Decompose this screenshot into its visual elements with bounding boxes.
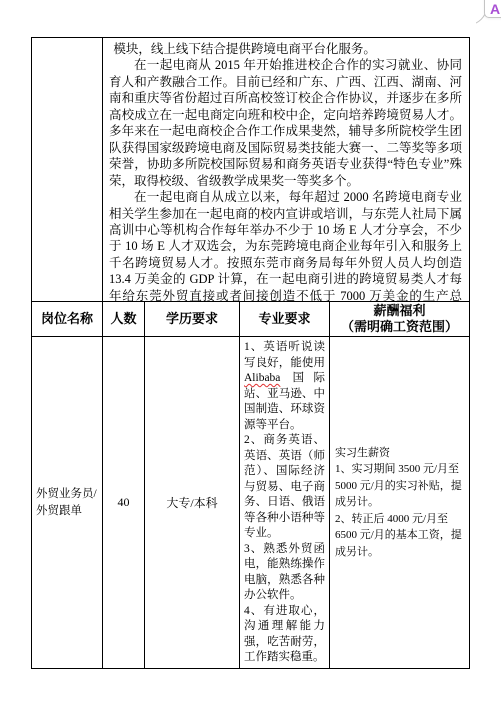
cell-major-requirements: 1、英语听说读写良好，能使用 Alibaba 国际站、亚马逊、中国制造、环球资源… [240, 337, 330, 668]
annotation-bubble-button[interactable]: A [484, 0, 501, 18]
company-profile-cell: 模块，线上线下结合提供跨境电商平台化服务。 在一起电商从 2015 年开始推进校… [103, 38, 469, 302]
header-cell-education: 学历要求 [145, 302, 240, 337]
salary-title: 实习生薪资 [335, 445, 464, 462]
cell-salary-benefits: 实习生薪资 1、实习期间 3500 元/月至 5000 元/月的实习补贴，提成另… [330, 337, 469, 668]
document-page: A 模块，线上线下结合提供跨境电商平台化服务。 在一起电商从 2015 年开始推… [0, 0, 501, 710]
header-major-label: 专业要求 [258, 311, 310, 327]
profile-paragraph: 在一起电商自从成立以来，每年超过 2000 名跨境电商专业相关学生参加在一起电商… [109, 189, 462, 302]
header-salary-label-line2: （需明确工资范围） [341, 319, 458, 335]
salary-item: 1、实习期间 3500 元/月至 5000 元/月的实习补贴，提成另计。 [335, 461, 464, 511]
header-headcount-label: 人数 [110, 311, 136, 327]
annotation-a-icon: A [490, 1, 500, 17]
salary-item: 2、转正后 4000 元/月至 6500 元/月的基本工资，提成另计。 [335, 511, 464, 561]
profile-paragraph: 在一起电商从 2015 年开始推进校企合作的实习就业、协同育人和产教融合工作。目… [109, 57, 462, 189]
major-requirement-item: 1、英语听说读写良好，能使用 Alibaba 国际站、亚马逊、中国制造、环球资源… [244, 340, 325, 433]
major-item1-text: 1、英语听说读写良好，能使用 [244, 341, 325, 369]
cell-headcount-value: 40 [103, 337, 145, 668]
header-cell-headcount: 人数 [103, 302, 145, 337]
major-requirement-item: 4、有进取心，沟通理解能力强，吃苦耐劳，工作踏实稳重。 [244, 604, 325, 666]
education-value: 大专/本科 [166, 494, 217, 511]
major-requirement-item: 2、商务英语、英语、英语（师范）、国际经济与贸易、电子商务、日语、俄语等各种小语… [244, 433, 325, 542]
header-education-label: 学历要求 [166, 311, 218, 327]
cell-education-value: 大专/本科 [145, 337, 240, 668]
major-item1-misspelled-word: Alibaba [244, 372, 280, 384]
header-salary-label-line1: 薪酬福利 [373, 303, 425, 319]
header-cell-salary: 薪酬福利 （需明确工资范围） [330, 302, 469, 337]
header-cell-position: 岗位名称 [32, 302, 103, 337]
major-requirement-item: 3、熟悉外贸函电，能熟练操作电脑，熟悉各种办公软件。 [244, 542, 325, 604]
position-column-empty-cell [32, 38, 103, 302]
header-position-label: 岗位名称 [41, 311, 93, 327]
profile-paragraph: 模块，线上线下结合提供跨境电商平台化服务。 [109, 41, 462, 57]
header-cell-major: 专业要求 [240, 302, 330, 337]
recruitment-table: 模块，线上线下结合提供跨境电商平台化服务。 在一起电商从 2015 年开始推进校… [31, 37, 470, 669]
cell-position-value: 外贸业务员/外贸跟单 [32, 337, 103, 668]
position-value: 外贸业务员/外贸跟单 [36, 486, 102, 520]
headcount-value: 40 [118, 495, 130, 510]
